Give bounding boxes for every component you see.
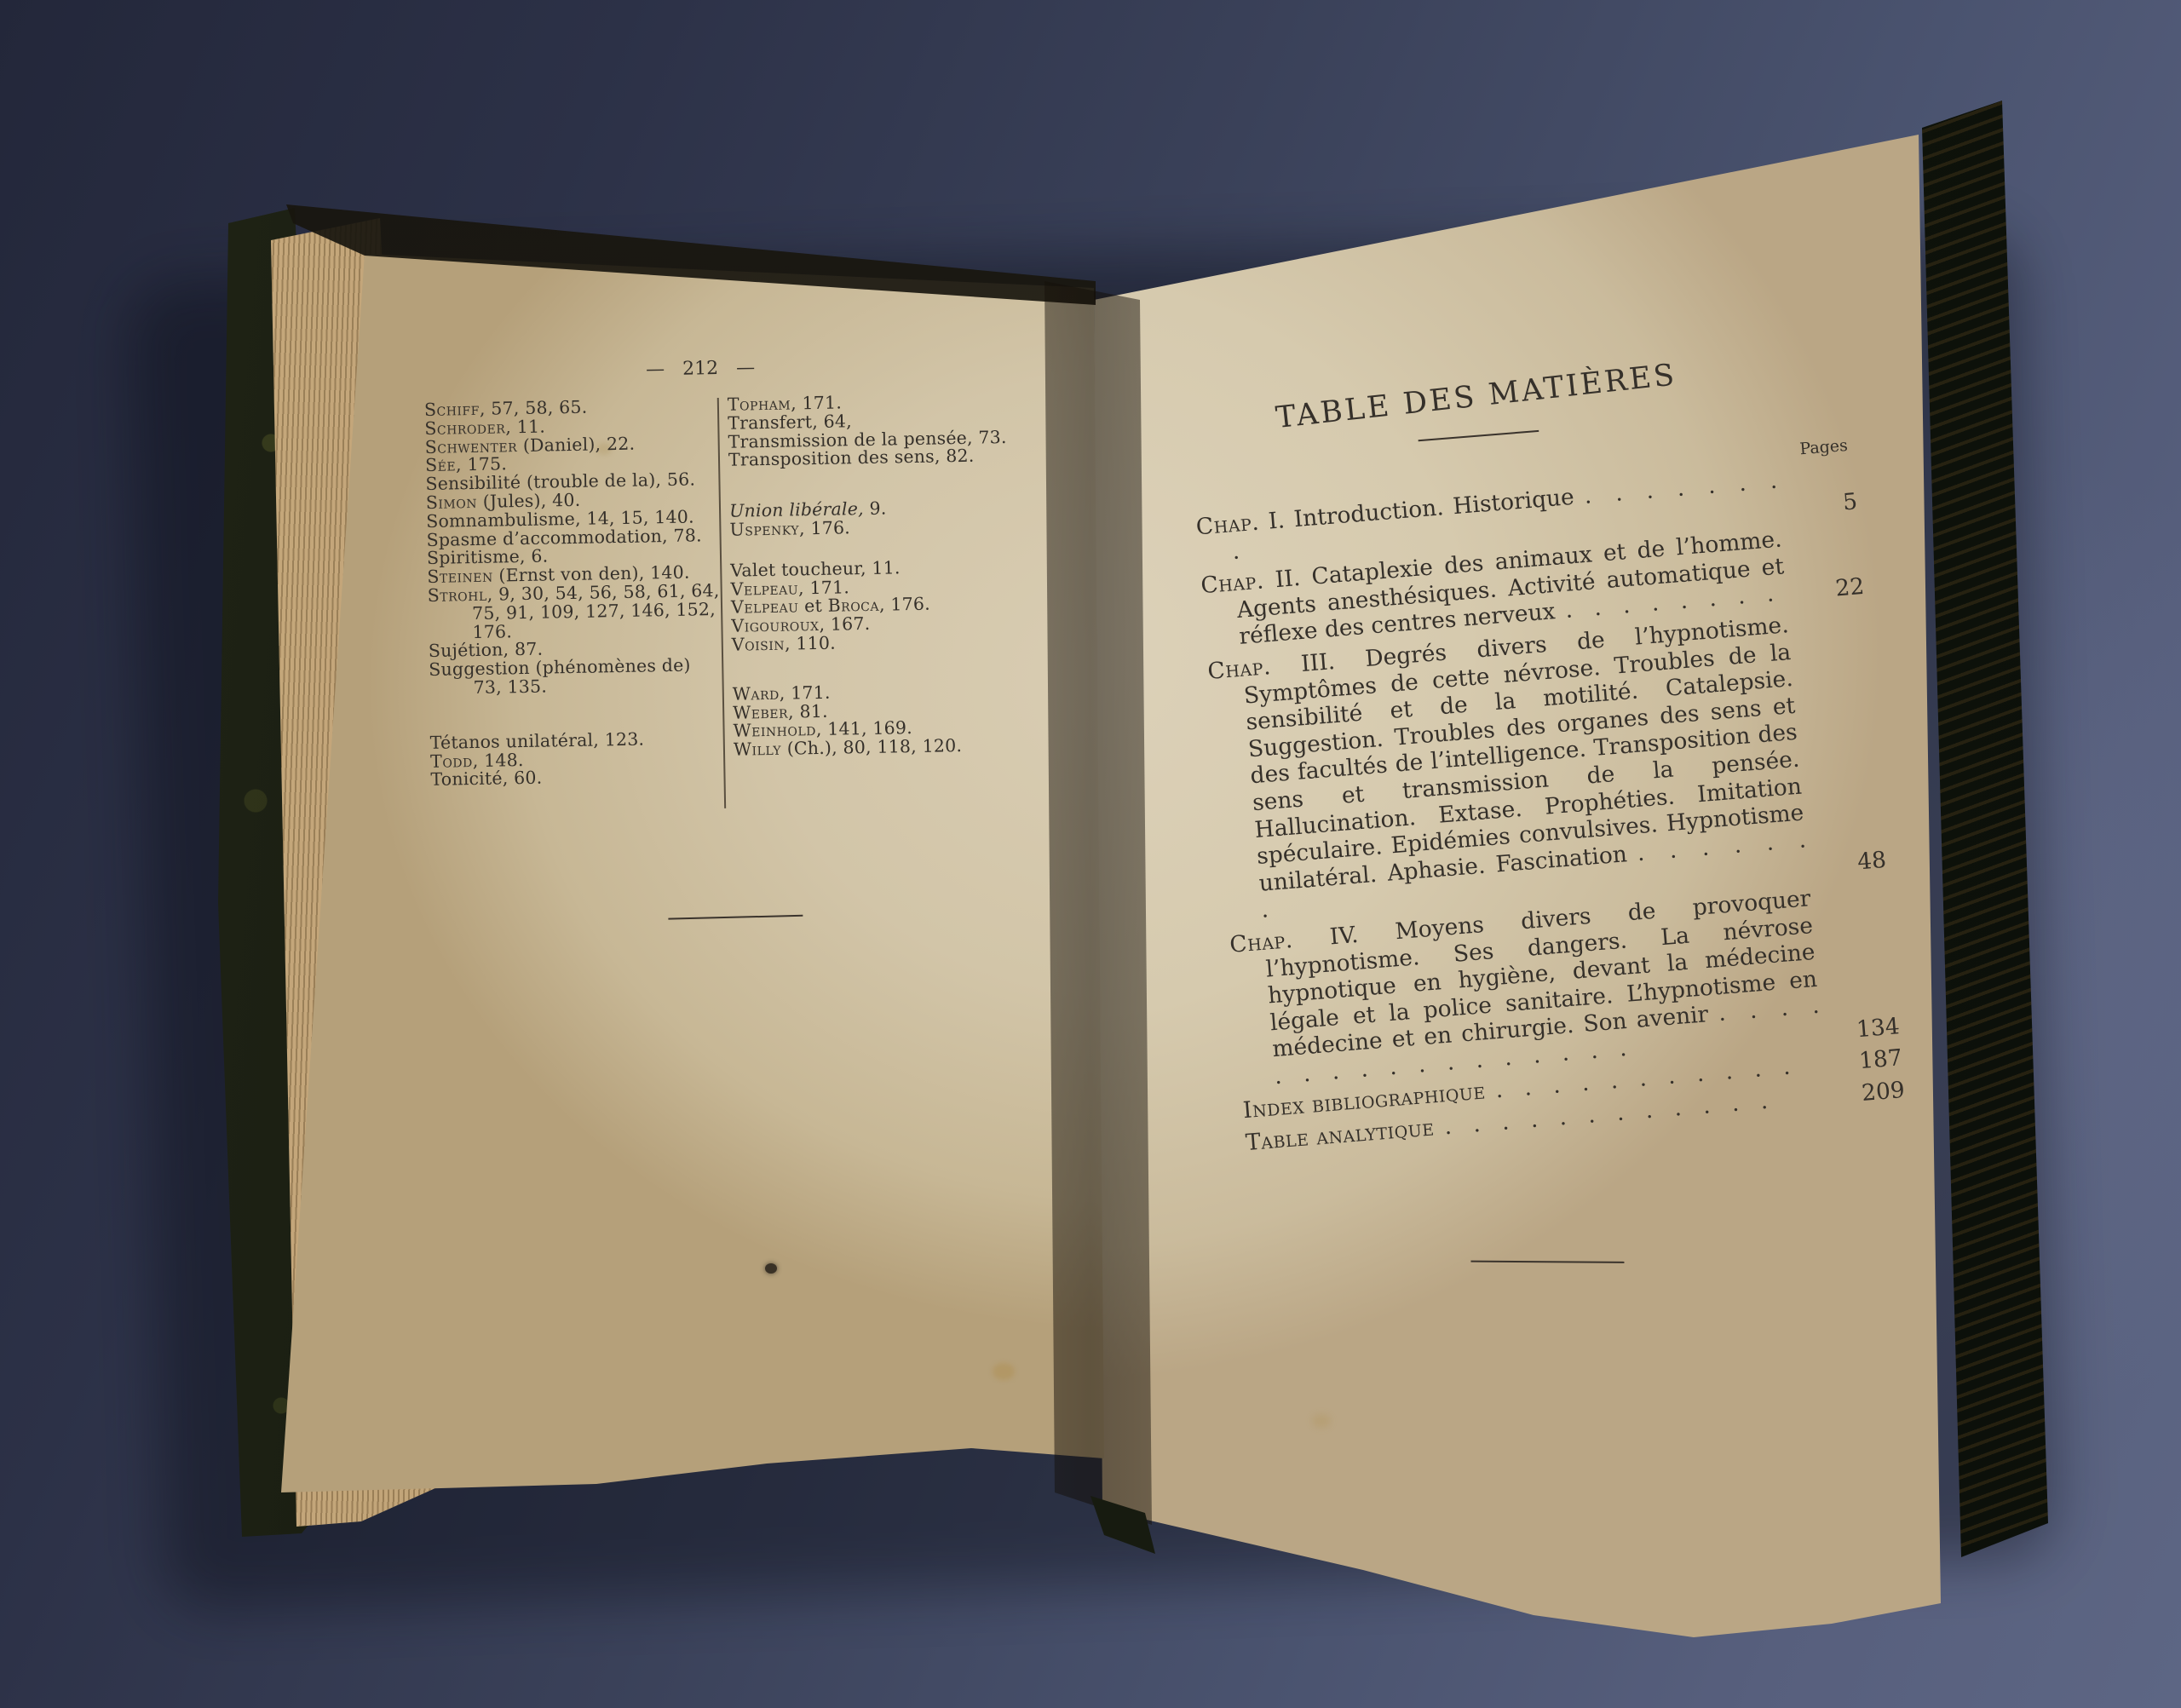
paper-stain [1312,1414,1331,1428]
index-entry: Uspenky, 176. [729,515,1038,539]
toc-end-rule [1470,1260,1624,1262]
toc-page-number: 209 [1831,1077,1906,1109]
index-group: Ward, 171.Weber, 81.Weinhold, 141, 169.W… [733,680,1042,759]
index-entry: Transposition des sens, 82. [728,446,1037,470]
paper-stain [993,1363,1015,1380]
toc-page-number: 187 [1828,1045,1903,1078]
toc-page-number: 5 [1783,488,1858,520]
index-entry: Strohl, 9, 30, 54, 56, 58, 61, 64, 75, 9… [428,582,722,642]
index-entry: Tonicité, 60. [430,766,723,790]
toc-page-number: 134 [1826,1013,1901,1045]
index-group: Valet toucheur, 11.Velpeau, 171.Velpeau … [730,556,1040,654]
index-group: Schiff, 57, 58, 65.Schroder, 11.Schwente… [424,396,722,699]
title-rule [1419,430,1539,441]
index-group: Tétanos unilatéral, 123.Todd, 148.Tonici… [430,729,724,790]
index-end-rule [668,915,803,920]
toc-list: Chap. I. Introduction. Historique. . . .… [1195,461,1906,1156]
ink-speck [765,1263,777,1274]
index-page-text-block: — 212 — Schiff, 57, 58, 65.Schroder, 11.… [423,353,1066,952]
index-entry: Voisin, 110. [732,630,1040,654]
toc-page-number: 48 [1812,847,1887,879]
toc-page-number: 22 [1790,573,1865,606]
index-column-2: Topham, 171.Transfert, 64,Transmission d… [719,390,1042,759]
index-entry: Willy (Ch.), 80, 118, 120. [734,736,1042,760]
index-group: Topham, 171.Transfert, 64,Transmission d… [728,390,1037,469]
index-group: Union libérale, 9.Uspenky, 176. [729,497,1039,540]
index-entry: Suggestion (phénomènes de) 73, 135. [429,656,722,699]
index-columns: Schiff, 57, 58, 65.Schroder, 11.Schwente… [424,390,1063,814]
toc-item: Chap. III. Degrés divers de l’hypnotisme… [1206,606,1887,927]
photo-of-open-book: — 212 — Schiff, 57, 58, 65.Schroder, 11.… [0,0,2181,1708]
toc-page-text-block: TABLE DES MATIÈRES Pages Chap. I. Introd… [1186,340,2005,1285]
index-column-1: Schiff, 57, 58, 65.Schroder, 11.Schwente… [424,396,724,790]
